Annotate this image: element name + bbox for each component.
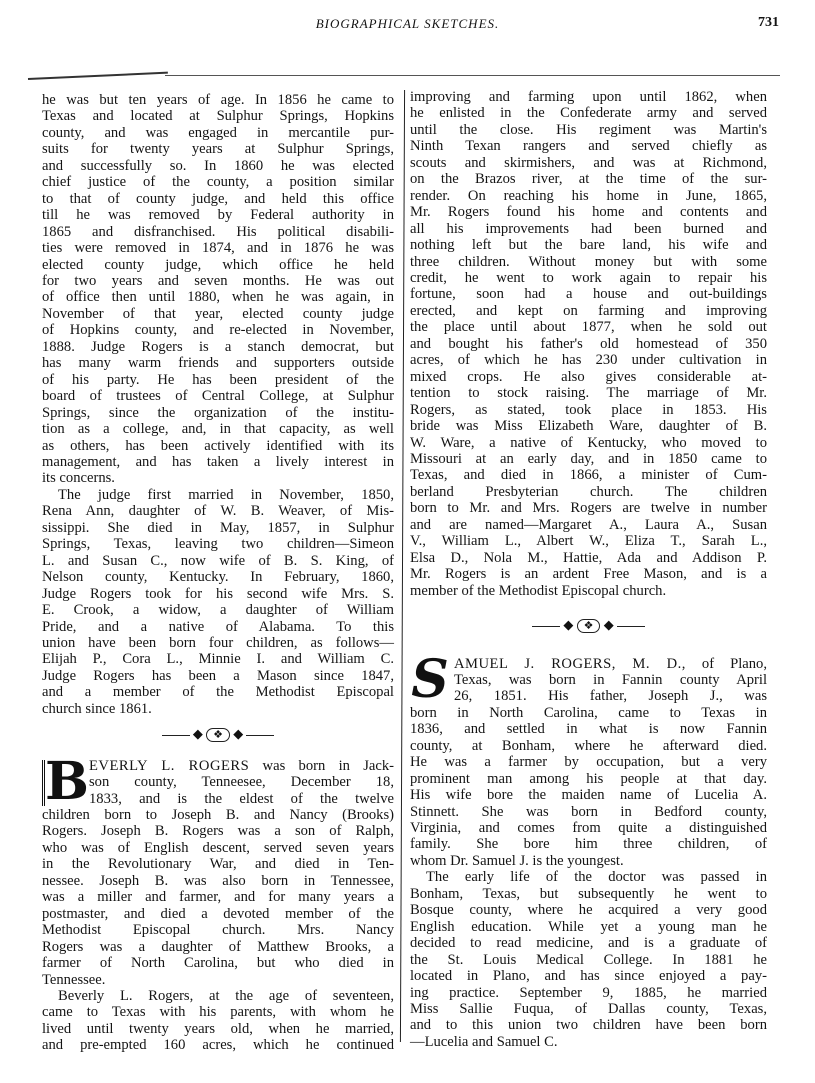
text-line: credit, he went to work again to repair … (410, 270, 767, 286)
text-line: suits for twenty years at Sulphur Spring… (42, 141, 394, 157)
right-column: improving and farming upon until 1862, w… (410, 89, 767, 1050)
text-line: he was but ten years of age. In 1856 he … (42, 92, 394, 108)
text-line: until the close. His regiment was Martin… (410, 122, 767, 138)
section-ornament: ◆ ❖ ◆ (42, 726, 394, 742)
text-line: on the Brazos river, at the time of the … (410, 171, 767, 187)
text-line: Mr. Rogers found his home and contents a… (410, 204, 767, 220)
text-line: member of the Methodist Episcopal church… (410, 583, 767, 599)
text-line: Miss Sallie Fuqua, of Dallas county, Tex… (410, 1001, 767, 1017)
text-line: sissippi. She died in May, 1857, in Sulp… (42, 520, 394, 536)
header-rule (165, 75, 780, 76)
text-line: 1836, and settled in what is now Fannin (410, 721, 767, 737)
continued-paragraph: he was but ten years of age. In 1856 he … (42, 92, 394, 487)
text-line: He was a farmer by occupation, but a ver… (410, 754, 767, 770)
text-line: Judge Rogers took for his second wife Mr… (42, 586, 394, 602)
text-line: L. and Susan C., now wife of B. S. King,… (42, 553, 394, 569)
text-line: —Lucelia and Samuel C. (410, 1034, 767, 1050)
text-line: he enlisted in the Confederate army and … (410, 105, 767, 121)
marriage-paragraph: The judge first married in November, 185… (42, 487, 394, 717)
text-line: of his party. He has been president of t… (42, 372, 394, 388)
text-line: the place until about 1877, when he sold… (410, 319, 767, 335)
text-line: Texas and located at Sulphur Springs, Ho… (42, 108, 394, 124)
text-line: Judge Rogers has been a Mason since 1847… (42, 668, 394, 684)
text-line: berland Presbyterian church. The childre… (410, 484, 767, 500)
text-line: elected county judge, which office he he… (42, 257, 394, 273)
text-line: Elsa D., Nola M., Hattie, Ada and Addiso… (410, 550, 767, 566)
text-line: three children. Without money but with s… (410, 254, 767, 270)
text-line: nessee. Joseph B. was also born in Tenne… (42, 873, 394, 889)
text-line: Beverly L. Rogers, at the age of sevente… (42, 988, 394, 1004)
text-line: till he was removed by Federal authority… (42, 207, 394, 223)
text-line: The judge first married in November, 185… (42, 487, 394, 503)
text-line: whom Dr. Samuel J. is the youngest. (410, 853, 767, 869)
left-column: he was but ten years of age. In 1856 he … (42, 92, 394, 1054)
text-line: located in Plano, and has since enjoyed … (410, 968, 767, 984)
beverly-body: children born to Joseph B. and Nancy (Br… (42, 807, 394, 988)
text-line: and bought his father's old homestead of… (410, 336, 767, 352)
sketch-heading: AMUEL J. ROGERS, M. D., (454, 656, 686, 672)
running-head: BIOGRAPHICAL SKETCHES. 731 (0, 12, 815, 36)
text-line: management, and has taken a lively inter… (42, 454, 394, 470)
text-line: of Plano, (686, 656, 767, 672)
text-line: bride was Miss Elizabeth Ware, daughter … (410, 418, 767, 434)
text-line: W. Ware, a native of Kentucky, who moved… (410, 435, 767, 451)
text-line: erected, and kept on farming and improvi… (410, 303, 767, 319)
text-line: fortune, soon had a house and out-buildi… (410, 286, 767, 302)
text-line: November of that year, elected county ju… (42, 306, 394, 322)
text-line: was born in Jack- (249, 758, 394, 774)
text-line: its concerns. (42, 470, 394, 486)
text-line: for two years and seven months. He was o… (42, 273, 394, 289)
column-divider (400, 90, 405, 1042)
continued-paragraph: improving and farming upon until 1862, w… (410, 89, 767, 599)
text-line: Bonham, Texas, but subsequently he went … (410, 886, 767, 902)
text-line: Rogers. Joseph B. Rogers was a son of Ra… (42, 823, 394, 839)
text-line: union have been born four children, as f… (42, 635, 394, 651)
text-line: Texas, and died in 1866, a minister of C… (410, 467, 767, 483)
samuel-body: born in North Carolina, came to Texas in… (410, 705, 767, 870)
text-line: The early life of the doctor was passed … (410, 869, 767, 885)
text-line: 26, 1851. His father, Joseph J., was (410, 688, 767, 704)
text-line: decided to read medicine, and is a gradu… (410, 935, 767, 951)
text-line: son county, Tenneesee, December 18, (42, 774, 394, 790)
text-line: ties were removed in 1874, and in 1876 h… (42, 240, 394, 256)
text-line: Virginia, and comes from quite a disting… (410, 820, 767, 836)
text-line: of Hopkins county, and re-elected in Nov… (42, 322, 394, 338)
text-line: V., William L., Albert W., Eliza T., Sar… (410, 533, 767, 549)
text-line: Methodist Episcopal church. Mrs. Nancy (42, 922, 394, 938)
text-line: nothing left but the bare land, his wife… (410, 237, 767, 253)
text-line: scouts and skirmishers, and was at Richm… (410, 155, 767, 171)
text-line: born to Mr. and Mrs. Rogers are twelve i… (410, 500, 767, 516)
text-line: in the Revolutionary War, and died in Te… (42, 856, 394, 872)
ornament-icon: ❖ (577, 619, 601, 633)
text-line: tention to stock raising. The marriage o… (410, 385, 767, 401)
running-title: BIOGRAPHICAL SKETCHES. (0, 16, 815, 32)
text-line: and to this union two children have been… (410, 1017, 767, 1033)
text-line: to that of county judge, and held this o… (42, 191, 394, 207)
text-line: who was of English descent, served seven… (42, 840, 394, 856)
text-line: 1833, and is the eldest of the twelve (42, 791, 394, 807)
text-line: 1888. Judge Rogers is a stanch democrat,… (42, 339, 394, 355)
text-line: Rogers, as stated, took place in 1853. H… (410, 402, 767, 418)
text-line: farmer of North Carolina, but who died i… (42, 955, 394, 971)
text-line: prominent man among his people at that d… (410, 771, 767, 787)
text-line: His wife bore the maiden name of Lucelia… (410, 787, 767, 803)
ornament-icon: ❖ (206, 728, 230, 742)
text-line: English education. While yet a young man… (410, 919, 767, 935)
samuel-rogers-sketch: S AMUEL J. ROGERS, M. D., of Plano, Texa… (410, 656, 767, 1051)
text-line: Rena Ann, daughter of W. B. Weaver, of M… (42, 503, 394, 519)
text-line: Springs, since the organization of the i… (42, 405, 394, 421)
text-line: mixed crops. He also gives considerable … (410, 369, 767, 385)
text-line: E. Crook, a widow, a daughter of William (42, 602, 394, 618)
text-line: lived until twenty years old, when he ma… (42, 1021, 394, 1037)
text-line: of office then until 1880, when he was a… (42, 289, 394, 305)
header-rule-left (28, 72, 168, 80)
text-line: has many warm friends and supporters out… (42, 355, 394, 371)
beverly-rogers-sketch: B EVERLY L. ROGERS was born in Jack- son… (42, 758, 394, 1054)
text-line: and successfully so. In 1860 he was elec… (42, 158, 394, 174)
text-line: tion as a college, and, in that capacity… (42, 421, 394, 437)
text-line: Mr. Rogers is an ardent Free Mason, and … (410, 566, 767, 582)
drop-cap-b: B (42, 760, 85, 806)
text-line: Elijah P., Cora L., Minnie I. and Willia… (42, 651, 394, 667)
text-line: Tennessee. (42, 972, 394, 988)
sketch-heading: EVERLY L. ROGERS (89, 758, 249, 774)
text-line: and are named—Margaret A., Laura A., Sus… (410, 517, 767, 533)
text-line: all his improvements had been burned and (410, 221, 767, 237)
text-line: Missouri at an early day, and in 1850 ca… (410, 451, 767, 467)
text-line: ing practice. September 9, 1885, he marr… (410, 985, 767, 1001)
text-line: Rogers was a daughter of Matthew Brooks,… (42, 939, 394, 955)
text-line: Stinnett. She was born in Bedford county… (410, 804, 767, 820)
text-line: children born to Joseph B. and Nancy (Br… (42, 807, 394, 823)
text-line: chief justice of the county, a position … (42, 174, 394, 190)
text-line: Bosque county, where he acquired a very … (410, 902, 767, 918)
text-line: as others, has been actively identified … (42, 438, 394, 454)
text-line: church since 1861. (42, 701, 394, 717)
text-line: 1865 and disfranchised. His political di… (42, 224, 394, 240)
text-line: board of trustees of Central College, at… (42, 388, 394, 404)
text-line: and a member of the Methodist Episcopal (42, 684, 394, 700)
drop-cap-s: S (410, 658, 450, 704)
text-line: the St. Louis Medical College. In 1881 h… (410, 952, 767, 968)
section-ornament: ◆ ❖ ◆ (410, 617, 767, 633)
text-line: Springs, Texas, leaving two children—Sim… (42, 536, 394, 552)
text-line: Nelson county, Kentucky. In February, 18… (42, 569, 394, 585)
text-line: acres, of which he has 230 under cultiva… (410, 352, 767, 368)
samuel-second-paragraph: The early life of the doctor was passed … (410, 869, 767, 1050)
text-line: improving and farming upon until 1862, w… (410, 89, 767, 105)
text-line: postmaster, and died a devoted member of… (42, 906, 394, 922)
text-line: born in North Carolina, came to Texas in (410, 705, 767, 721)
text-line: and pre-empted 160 acres, which he conti… (42, 1037, 394, 1053)
beverly-second-paragraph: Beverly L. Rogers, at the age of sevente… (42, 988, 394, 1054)
text-line: came to Texas with his parents, with who… (42, 1004, 394, 1020)
text-line: Texas, was born in Fannin county April (410, 672, 767, 688)
text-line: Ninth Texan rangers and served chiefly a… (410, 138, 767, 154)
text-line: was a miller and farmer, and for many ye… (42, 889, 394, 905)
text-line: family. She bore him three children, of (410, 836, 767, 852)
text-line: county, at Bonham, where he afterward di… (410, 738, 767, 754)
text-line: county, and was engaged in mercantile pu… (42, 125, 394, 141)
page-number: 731 (758, 15, 779, 31)
text-line: Pride, and a native of Alabama. To this (42, 619, 394, 635)
text-line: render. On reaching his home in June, 18… (410, 188, 767, 204)
